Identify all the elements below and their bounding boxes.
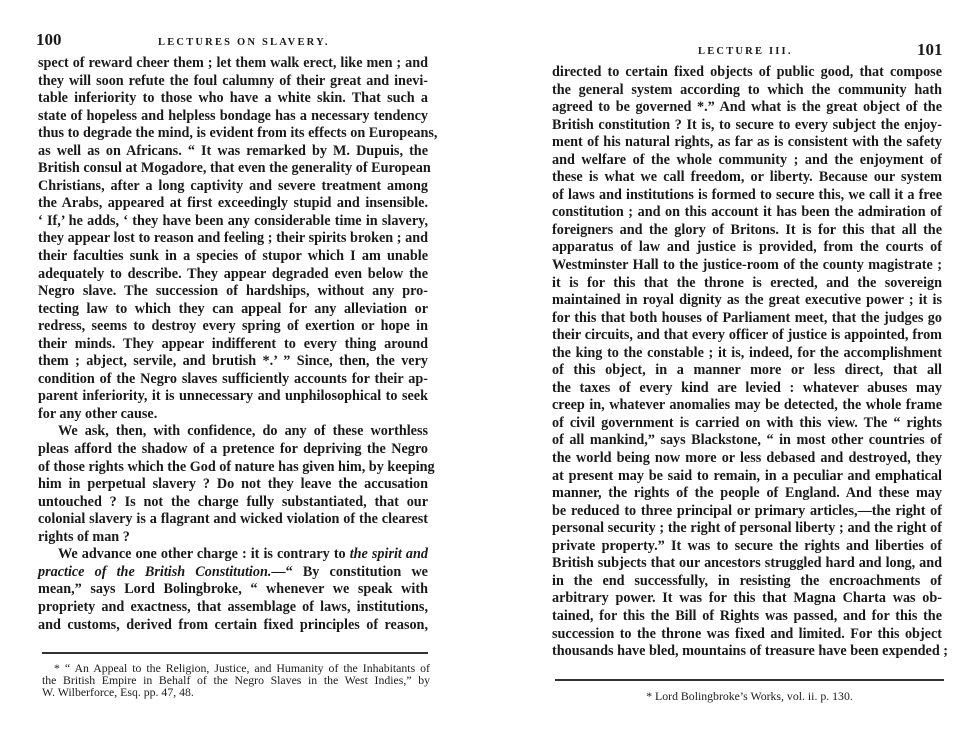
text-line: succession to the throne was fixed and l… — [552, 626, 942, 644]
text-line: the Arabs, appeared at first exceedingly… — [38, 195, 428, 213]
text-line: and welfare of the whole community ; and… — [552, 152, 942, 170]
text-line: British consul at Mogadore, that even th… — [38, 160, 428, 178]
text-line: adequately to describe. They appear degr… — [38, 266, 428, 284]
text-line: practice of the British Constitution.—“ … — [38, 564, 428, 582]
text-line: they will soon refute the foul calumny o… — [38, 73, 428, 91]
text-line: their faculties sunk in a species of stu… — [38, 248, 428, 266]
text-line: We ask, then, with confidence, do any of… — [38, 423, 428, 441]
text-line: maintained in royal dignity as the great… — [552, 292, 942, 310]
text-fragment: —“ By constitution we — [271, 564, 428, 580]
footnote: * “ An Appeal to the Religion, Justice, … — [42, 662, 430, 698]
text-line: the world being now more or less debased… — [552, 450, 942, 468]
text-line: them ; abject, servile, and brutish *.’ … — [38, 353, 428, 371]
text-line: propriety and exactness, that assemblage… — [38, 599, 428, 617]
text-line: redress, seems to destroy every spring o… — [38, 318, 428, 336]
text-line: the general system according to which th… — [552, 82, 942, 100]
page-number: 100 — [36, 30, 62, 50]
body-text: directed to certain fixed objects of pub… — [552, 64, 942, 661]
text-line: personal security ; the right of persona… — [552, 520, 942, 538]
text-line: of all mankind,” says Blackstone, “ in m… — [552, 432, 942, 450]
text-line: him in perpetual slavery ? Do not they l… — [38, 476, 428, 494]
text-line: state of hopeless and helpless bondage h… — [38, 108, 428, 126]
text-line: and customs, derived from certain fixed … — [38, 617, 428, 635]
text-line: their circuits, and that every officer o… — [552, 327, 942, 345]
text-line: thus to degrade the mind, is evident fro… — [38, 125, 428, 143]
text-line: table inferiority to those who have a wh… — [38, 90, 428, 108]
text-line: condition of the Negro slaves sufficient… — [38, 371, 428, 389]
text-line: the king to the constable ; it is, indee… — [552, 345, 942, 363]
text-line: untouched ? Is not the charge fully subs… — [38, 494, 428, 512]
text-line: as well as on Africans. “ It was remarke… — [38, 143, 428, 161]
text-line: their minds. They appear indifferent to … — [38, 336, 428, 354]
right-page: LECTURE III. 101 directed to certain fix… — [490, 0, 980, 736]
text-line: they appear lost to reason and feeling ;… — [38, 230, 428, 248]
text-line: private property.” It was to secure the … — [552, 538, 942, 556]
text-line: arbitrary power. It was for this that Ma… — [552, 590, 942, 608]
text-line: parent inferiority, it is unnecessary an… — [38, 388, 428, 406]
running-head: LECTURES ON SLAVERY. — [158, 37, 330, 48]
text-line: spect of reward cheer them ; let them wa… — [38, 55, 428, 73]
text-line: Christians, after a long captivity and s… — [38, 178, 428, 196]
italic-fragment: the spirit and — [350, 546, 428, 562]
text-line: thousands have bled, mountains of treasu… — [552, 643, 942, 661]
text-line: agreed to be governed *.” And what is th… — [552, 99, 942, 117]
text-line: Westminster Hall to the justice-room of … — [552, 257, 942, 275]
page-number: 101 — [917, 40, 943, 60]
text-line: the taxes of every kind are levied : wha… — [552, 380, 942, 398]
text-line: of civil government is carried on with t… — [552, 415, 942, 433]
text-line: rights of man ? — [38, 529, 428, 547]
footnote-rule — [555, 679, 944, 681]
text-line: apparatus of law and justice is provided… — [552, 239, 942, 257]
text-line: constitution ; and on this account it ha… — [552, 204, 942, 222]
footnote-line: * Lord Bolingbroke’s Works, vol. ii. p. … — [555, 690, 944, 702]
left-page: 100 LECTURES ON SLAVERY. spect of reward… — [0, 0, 490, 736]
text-line: Negro slave. The succession of hardships… — [38, 283, 428, 301]
text-line: colonial slavery is a flagrant and wicke… — [38, 511, 428, 529]
text-line: tecting law to which they can appeal for… — [38, 301, 428, 319]
body-text: spect of reward cheer them ; let them wa… — [38, 55, 428, 634]
text-line: mean,” says Lord Bolingbroke, “ whenever… — [38, 581, 428, 599]
text-line: creep in, whatever anomalies may be dete… — [552, 397, 942, 415]
text-line: foreigners and the glory of Britons. It … — [552, 222, 942, 240]
text-line: British subjects that our ancestors stru… — [552, 555, 942, 573]
text-line: We advance one other charge : it is cont… — [38, 546, 428, 564]
text-line: of those rights which the God of nature … — [38, 459, 428, 477]
italic-fragment: practice of the British Constitution. — [38, 564, 271, 580]
text-line: directed to certain fixed objects of pub… — [552, 64, 942, 82]
text-line: be reduced to three principal or primary… — [552, 503, 942, 521]
footnote-rule — [42, 652, 428, 654]
text-line: tained, for this the Bill of Rights was … — [552, 608, 942, 626]
text-fragment: We advance one other charge : it is cont… — [58, 546, 346, 562]
running-head: LECTURE III. — [698, 46, 793, 57]
text-line: for this that both houses of Parliament … — [552, 310, 942, 328]
text-line: ‘ If,’ he adds, ‘ they have been any con… — [38, 213, 428, 231]
text-line: pleas afford the shadow of a pretence fo… — [38, 441, 428, 459]
text-line: of laws and institutions is formed to se… — [552, 187, 942, 205]
footnote: * Lord Bolingbroke’s Works, vol. ii. p. … — [555, 690, 944, 702]
text-line: ment of his natural rights, as far as is… — [552, 134, 942, 152]
text-line: manner, the rights of the people of Engl… — [552, 485, 942, 503]
text-line: at present may be said to remain, in a p… — [552, 468, 942, 486]
text-line: of this object, in a manner more or less… — [552, 362, 942, 380]
text-line: British constitution ? It is, to secure … — [552, 117, 942, 135]
text-line: it is for this that the throne is erecte… — [552, 275, 942, 293]
text-line: in the end successfully, in resisting th… — [552, 573, 942, 591]
footnote-line: W. Wilberforce, Esq. pp. 47, 48. — [42, 686, 430, 698]
text-line: for any other cause. — [38, 406, 428, 424]
text-line: these is what we call freedom, or libert… — [552, 169, 942, 187]
